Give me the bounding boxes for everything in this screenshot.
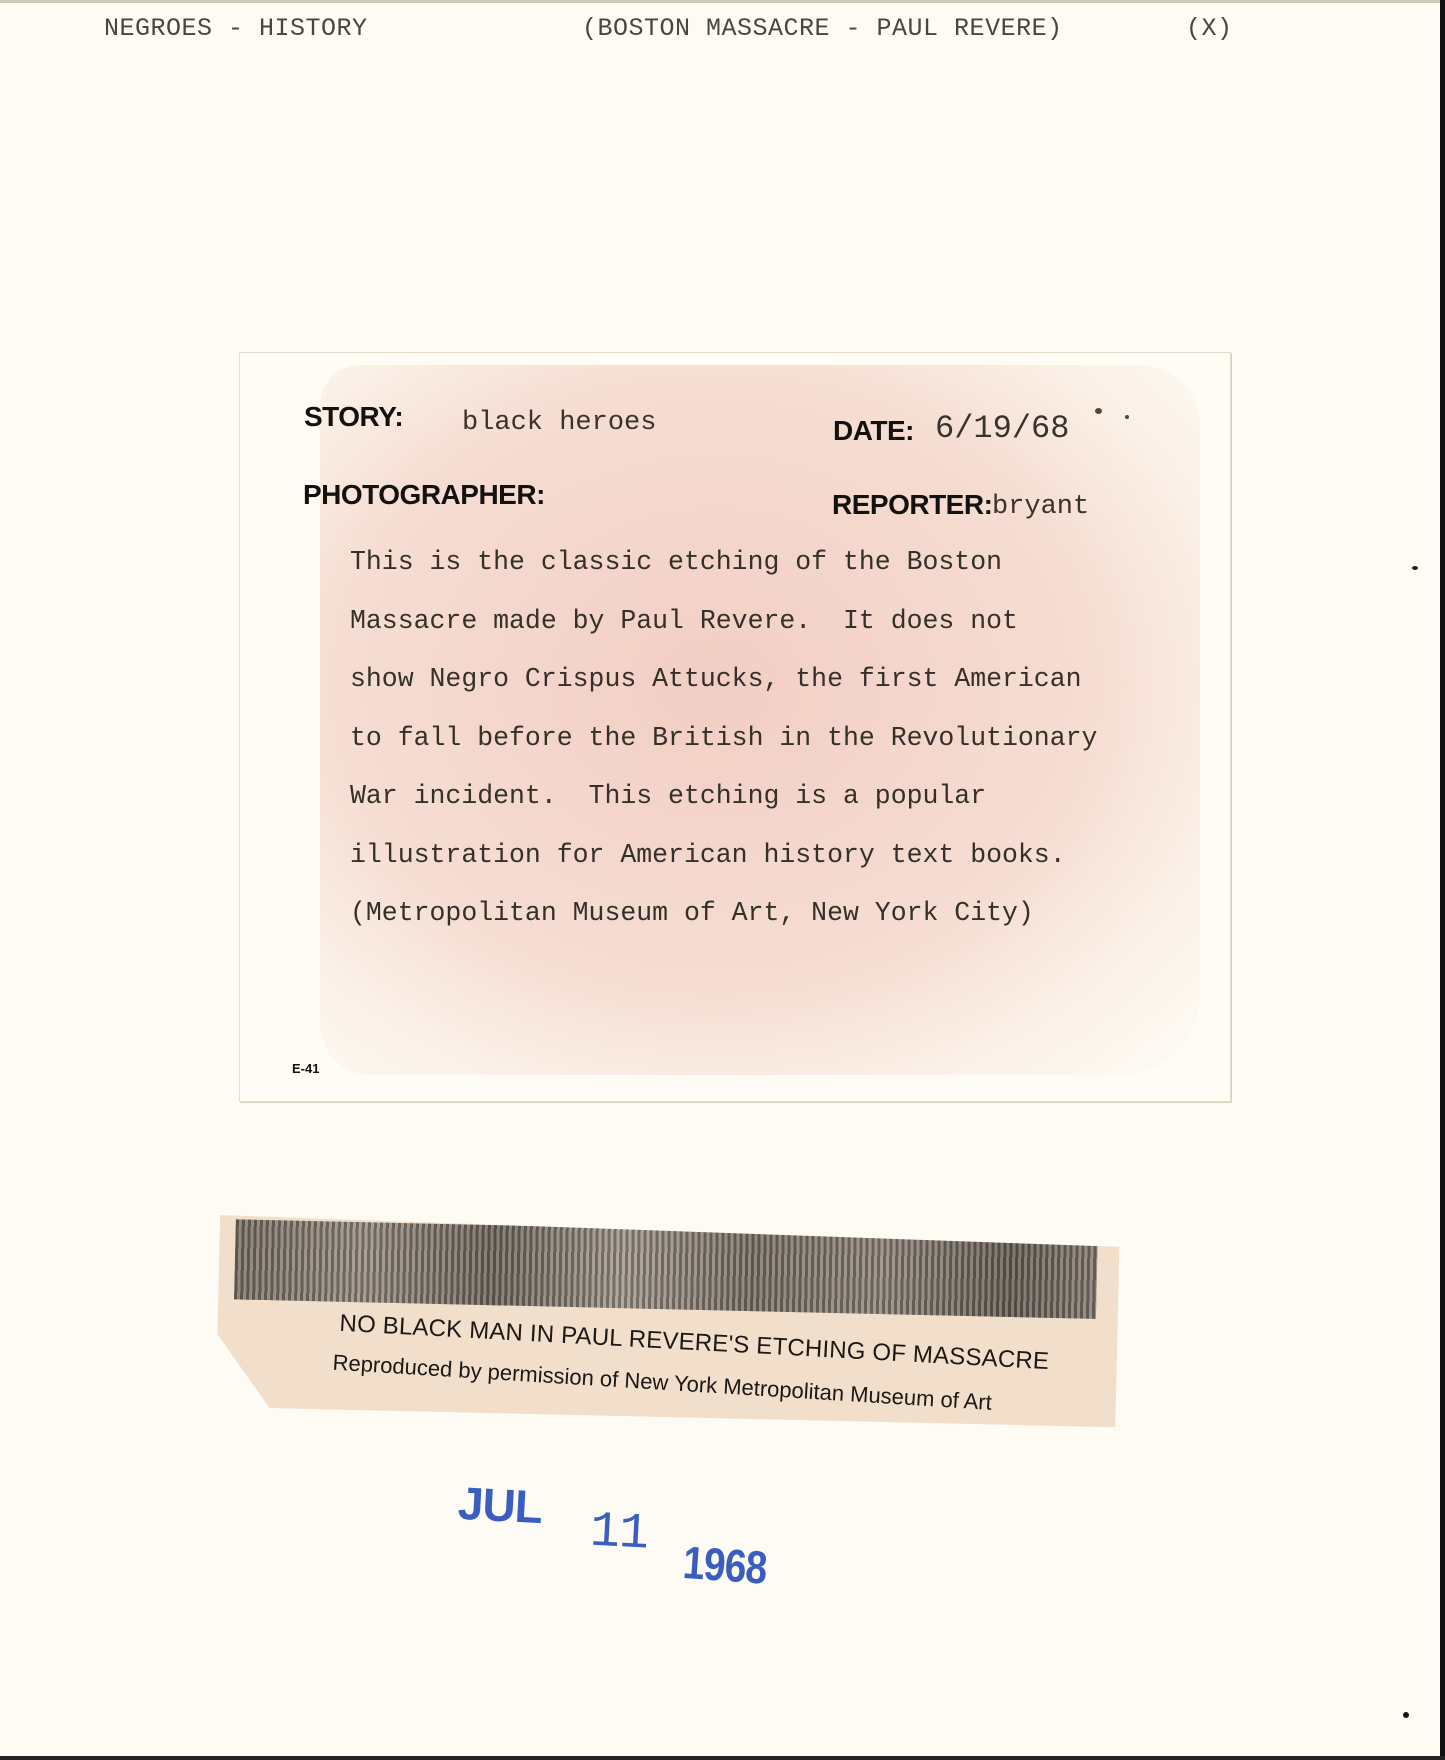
caption-line: show Negro Crispus Attucks, the first Am… xyxy=(350,650,1210,709)
ink-speck xyxy=(1095,408,1102,414)
received-stamp-month: JUL xyxy=(457,1476,544,1534)
caption-line: illustration for American history text b… xyxy=(350,826,1210,885)
header-subject: NEGROES - HISTORY xyxy=(104,14,368,43)
ink-speck xyxy=(1125,415,1129,419)
page-bottom-edge xyxy=(0,1756,1445,1760)
page-top-edge xyxy=(0,0,1445,3)
page-right-edge xyxy=(1440,0,1445,1760)
story-label: STORY: xyxy=(304,401,403,433)
form-code: E-41 xyxy=(292,1061,319,1076)
caption-line: to fall before the British in the Revolu… xyxy=(350,709,1210,768)
newspaper-clipping: NO BLACK MAN IN PAUL REVERE'S ETCHING OF… xyxy=(216,1215,1120,1427)
photographer-label: PHOTOGRAPHER: xyxy=(303,479,545,511)
received-stamp-year: 1968 xyxy=(681,1535,768,1595)
caption-line: (Metropolitan Museum of Art, New York Ci… xyxy=(350,884,1210,943)
story-value: black heroes xyxy=(462,408,656,438)
caption-line: This is the classic etching of the Bosto… xyxy=(350,533,1210,592)
caption-line: Massacre made by Paul Revere. It does no… xyxy=(350,592,1210,651)
date-label: DATE: xyxy=(833,415,914,447)
header-mark: (X) xyxy=(1186,14,1233,43)
date-value: 6/19/68 xyxy=(935,410,1069,447)
reporter-value: bryant xyxy=(992,492,1089,522)
caption-line: War incident. This etching is a popular xyxy=(350,767,1210,826)
caption-card: STORY: black heroes DATE: 6/19/68 PHOTOG… xyxy=(239,352,1231,1102)
received-stamp-day: 11 xyxy=(589,1504,650,1564)
reporter-label: REPORTER: xyxy=(832,489,992,521)
ink-speck xyxy=(1403,1712,1409,1718)
caption-body: This is the classic etching of the Bosto… xyxy=(350,533,1210,943)
header-topic: (BOSTON MASSACRE - PAUL REVERE) xyxy=(582,14,1063,43)
etching-photo-strip xyxy=(234,1219,1098,1319)
ink-speck xyxy=(1412,566,1418,570)
